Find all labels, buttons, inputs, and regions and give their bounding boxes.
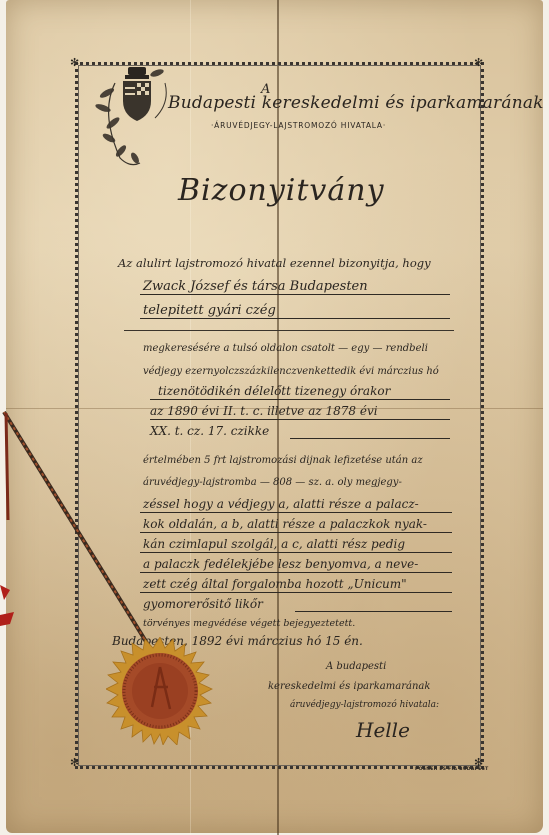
body-line: értelmében 5 frt lajstromozási dijnak le… [143, 455, 423, 466]
signature: Helle [356, 718, 410, 742]
body-line: az 1890 évi II. t. c. illetve az 1878 év… [150, 404, 378, 418]
fill-line [140, 318, 450, 319]
fill-line [140, 532, 452, 533]
fill-line [140, 592, 452, 593]
fill-line [140, 552, 452, 553]
body-line: XX. t. cz. 17. czikke [150, 424, 269, 438]
corner-ornament-icon: ✻ [70, 757, 79, 768]
corner-ornament-icon: ✻ [70, 57, 79, 68]
closing-line: A budapesti [326, 661, 386, 672]
body-line: Az alulirt lajstromozó hivatal ezennel b… [118, 256, 431, 270]
corner-ornament-icon: ✻ [474, 57, 483, 68]
body-line: a palaczk fedélekjébe lesz benyomva, a n… [143, 557, 418, 571]
body-line: telepitett gyári czég [143, 303, 276, 318]
body-line: áruvédjegy-lajstromba — 808 — sz. a. oly… [143, 477, 402, 488]
closing-line: kereskedelmi és iparkamarának [268, 681, 430, 692]
body-line: zéssel hogy a védjegy a, alatti része a … [143, 497, 419, 511]
wax-seal-icon [106, 637, 214, 745]
fill-line [140, 512, 452, 513]
body-line: megkeresésére a tulsó oldalon csatolt — … [143, 343, 428, 354]
fill-line [295, 611, 452, 612]
body-line: kán czimlapul szolgál, a c, alatti rész … [143, 537, 405, 551]
closing-line: áruvédjegy-lajstromozó hivatala: [290, 700, 439, 710]
institution-name: Budapesti kereskedelmi és iparkamarának [168, 93, 544, 113]
printer-mark: POSNER ÉS FIA BUDAPEST [415, 767, 489, 772]
coat-of-arms-icon [95, 63, 170, 173]
document-title: Bizonyitvány [178, 173, 385, 208]
body-line: kok oldalán, a b, alatti része a palaczk… [143, 517, 427, 531]
fill-line [150, 419, 450, 420]
fill-line [140, 572, 452, 573]
body-line: védjegy ezernyolczszázkilenczvenkettedik… [143, 366, 439, 377]
office-name: ·ÁRUVÉDJEGY-LAJSTROMOZÓ HIVATALA· [211, 121, 386, 130]
body-line: gyomorerősitő likőr [143, 597, 263, 611]
section-divider [124, 330, 454, 331]
fill-line [150, 399, 450, 400]
fill-line [290, 438, 450, 439]
body-line: zett czég által forgalomba hozott „Unicu… [143, 577, 407, 591]
body-line: tizenötödikén délelőtt tizenegy órakor [158, 384, 390, 398]
fill-line [140, 294, 450, 295]
body-line-company: Zwack József és társa Budapesten [143, 279, 368, 294]
body-line: törvényes megvédése végett bejegyeztetet… [143, 618, 355, 629]
